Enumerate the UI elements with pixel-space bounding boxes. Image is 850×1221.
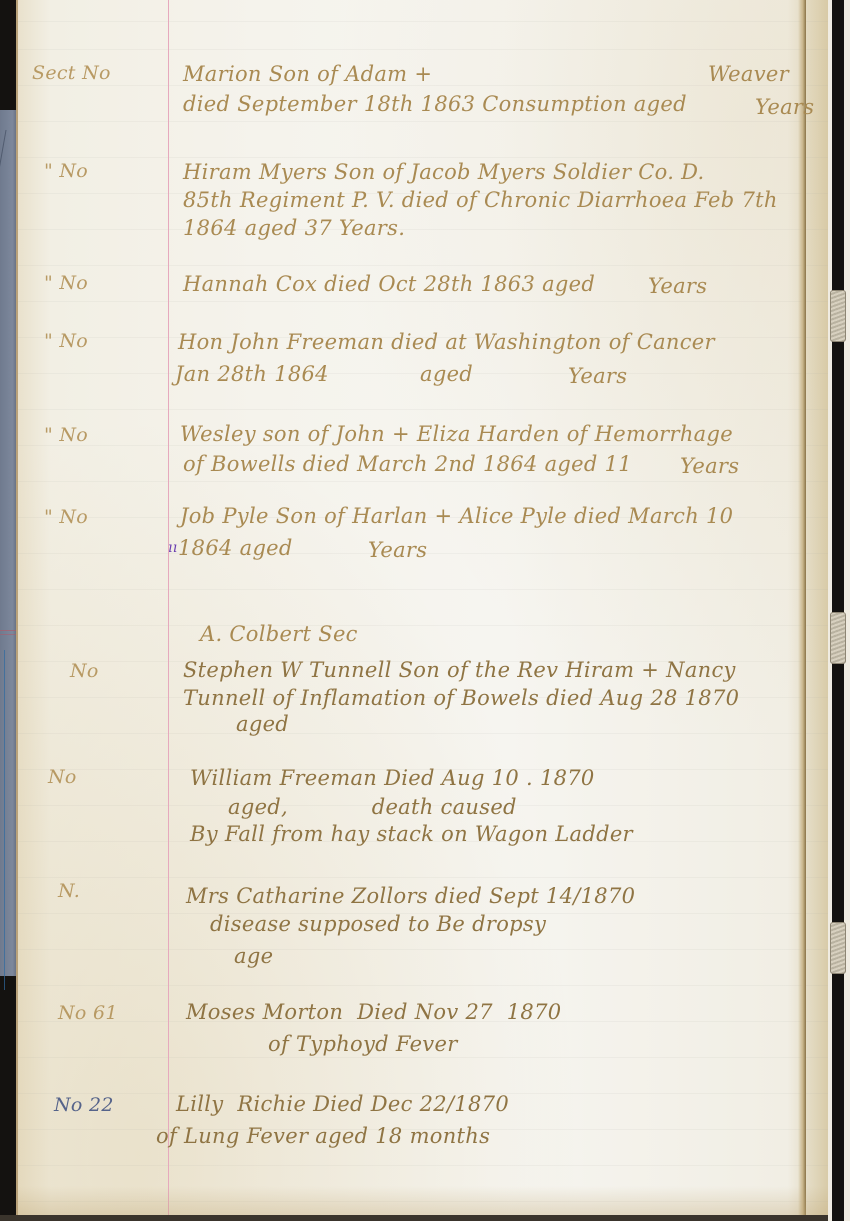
entry-label: No 61 — [58, 1002, 118, 1024]
entry-label: " No — [44, 272, 88, 294]
entry-line: Mrs Catharine Zollors died Sept 14/1870 — [186, 884, 635, 908]
entry-line: disease supposed to Be dropsy — [210, 912, 546, 936]
margin-line — [168, 0, 169, 1216]
entry-line: Years — [568, 364, 627, 388]
entry-line: Lilly Richie Died Dec 22/1870 — [176, 1092, 509, 1116]
entry-line: of Bowells died March 2nd 1864 aged 11 — [183, 452, 632, 476]
entry-line: Years — [648, 274, 707, 298]
entry-line: Jan 28th 1864 — [175, 362, 329, 386]
entry-line: aged — [236, 712, 289, 736]
entry-line: Hannah Cox died Oct 28th 1863 aged — [183, 272, 595, 296]
entry-line: 85th Regiment P. V. died of Chronic Diar… — [183, 188, 778, 212]
entry-line: aged, death caused — [228, 795, 517, 819]
entry-label: N. — [58, 880, 80, 902]
entry-label: No 22 — [54, 1094, 114, 1116]
entry-line: Wesley son of John + Eliza Harden of Hem… — [180, 422, 733, 446]
entry-label: No — [48, 766, 77, 788]
entry-line: died September 18th 1863 Consumption age… — [183, 92, 687, 116]
entry-label: Sect No — [32, 62, 111, 84]
entry-line: Years — [368, 538, 427, 562]
entry-line: Hiram Myers Son of Jacob Myers Soldier C… — [183, 160, 705, 184]
entry-line: Hon John Freeman died at Washington of C… — [178, 330, 715, 354]
entry-label: " No — [44, 330, 88, 352]
entry-line: Tunnell of Inflamation of Bowels died Au… — [183, 686, 739, 710]
entry-line: 1864 aged — [178, 536, 293, 560]
entry-label: " No — [44, 160, 88, 182]
entry-label: " No — [44, 424, 88, 446]
entry-line: Weaver — [708, 62, 789, 86]
entry-label: " No — [44, 506, 88, 528]
violet-ink-mark: ıı — [168, 540, 178, 556]
entry-line: aged — [420, 362, 473, 386]
entry-line: By Fall from hay stack on Wagon Ladder — [190, 822, 633, 846]
entry-line: age — [234, 944, 273, 968]
entry-line: Moses Morton Died Nov 27 1870 — [186, 1000, 561, 1024]
entry-label: No — [70, 660, 99, 682]
entry-line: Stephen W Tunnell Son of the Rev Hiram +… — [183, 658, 736, 682]
section-header: A. Colbert Sec — [200, 622, 358, 646]
book-binding — [828, 0, 850, 1221]
entry-line: of Typhoyd Fever — [268, 1032, 458, 1056]
entry-line: 1864 aged 37 Years. — [183, 216, 405, 240]
entry-line: William Freeman Died Aug 10 . 1870 — [190, 766, 595, 790]
entry-line: Marion Son of Adam + — [183, 62, 432, 86]
entry-line: Years — [755, 95, 814, 119]
entry-line: of Lung Fever aged 18 months — [156, 1124, 490, 1148]
entry-line: Years — [680, 454, 739, 478]
binding-stitch — [830, 612, 846, 664]
binding-stitch — [830, 290, 846, 342]
entry-line: Job Pyle Son of Harlan + Alice Pyle died… — [180, 504, 733, 528]
binding-stitch — [830, 922, 846, 974]
